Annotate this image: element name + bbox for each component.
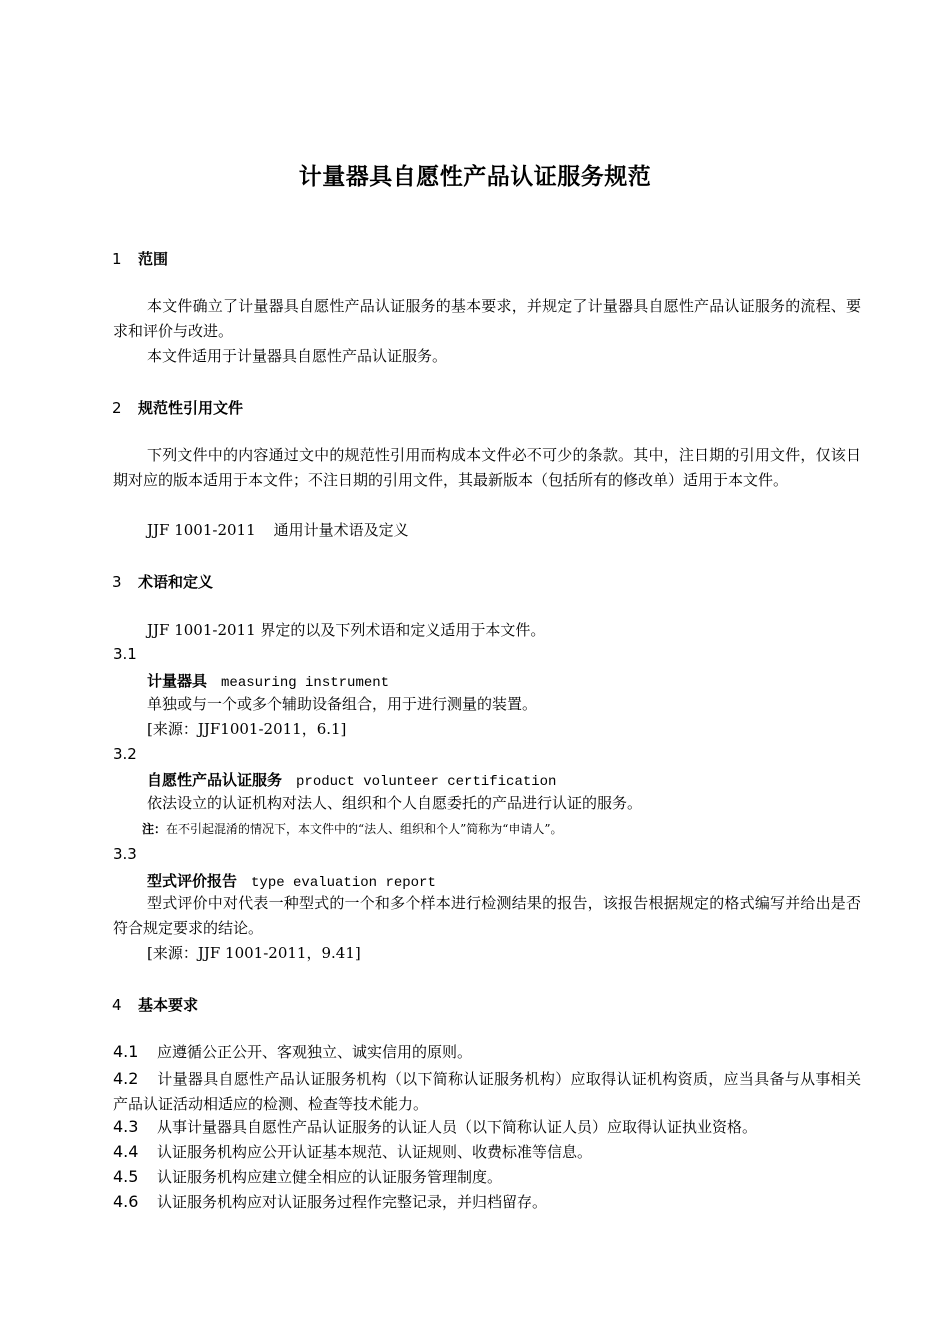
item-number: 4.5 xyxy=(113,1167,157,1186)
requirement-item: 4.3从事计量器具自愿性产品认证服务的认证人员（以下简称认证人员）应取得认证执业… xyxy=(113,1116,757,1137)
section-heading-scope: 1范围 xyxy=(112,248,168,269)
requirement-item: 4.4认证服务机构应公开认证基本规范、认证规则、收费标准等信息。 xyxy=(113,1141,592,1162)
term-en: product volunteer certification xyxy=(296,774,556,790)
paragraph: 本文件确立了计量器具自愿性产品认证服务的基本要求，并规定了计量器具自愿性产品认证… xyxy=(113,294,861,344)
item-text: 认证服务机构应对认证服务过程作完整记录，并归档留存。 xyxy=(157,1193,547,1211)
term-zh: 自愿性产品认证服务 xyxy=(147,771,282,789)
term-zh: 计量器具 xyxy=(147,672,207,690)
paragraph: 下列文件中的内容通过文中的规范性引用而构成本文件必不可少的条款。其中，注日期的引… xyxy=(113,443,861,493)
requirement-item: 4.5认证服务机构应建立健全相应的认证服务管理制度。 xyxy=(113,1166,502,1187)
term-heading: 型式评价报告type evaluation report xyxy=(147,870,436,891)
term-number: 3.2 xyxy=(113,745,137,763)
section-number: 4 xyxy=(112,996,138,1014)
section-number: 3 xyxy=(112,573,138,591)
requirement-item: 4.2计量器具自愿性产品认证服务机构（以下简称认证服务机构）应取得认证机构资质，… xyxy=(113,1066,861,1117)
item-number: 4.2 xyxy=(113,1066,157,1091)
term-en: measuring instrument xyxy=(221,675,389,691)
term-definition: 单独或与一个或多个辅助设备组合，用于进行测量的装置。 xyxy=(147,692,537,717)
section-number: 1 xyxy=(112,250,138,268)
term-number: 3.3 xyxy=(113,845,137,863)
item-number: 4.1 xyxy=(113,1042,157,1061)
section-heading-normative-references: 2规范性引用文件 xyxy=(112,397,243,418)
term-definition: 型式评价中对代表一种型式的一个和多个样本进行检测结果的报告，该报告根据规定的格式… xyxy=(113,891,861,941)
term-source: [来源：JJF 1001-2011，9.41] xyxy=(147,941,361,966)
item-number: 4.4 xyxy=(113,1142,157,1161)
document-title: 计量器具自愿性产品认证服务规范 xyxy=(0,158,950,191)
reference-title: 通用计量术语及定义 xyxy=(274,521,409,539)
section-title: 规范性引用文件 xyxy=(138,399,243,417)
item-number: 4.3 xyxy=(113,1117,157,1136)
term-number: 3.1 xyxy=(113,645,137,663)
section-heading-terms-definitions: 3术语和定义 xyxy=(112,571,213,592)
item-text: 认证服务机构应建立健全相应的认证服务管理制度。 xyxy=(157,1168,502,1186)
requirement-item: 4.6认证服务机构应对认证服务过程作完整记录，并归档留存。 xyxy=(113,1191,547,1212)
terms-intro: JJF 1001-2011 界定的以及下列术语和定义适用于本文件。 xyxy=(147,618,545,643)
term-en: type evaluation report xyxy=(251,875,436,891)
section-title: 范围 xyxy=(138,250,168,268)
item-text: 应遵循公正公开、客观独立、诚实信用的原则。 xyxy=(157,1043,472,1061)
section-heading-basic-requirements: 4基本要求 xyxy=(112,994,198,1015)
term-zh: 型式评价报告 xyxy=(147,872,237,890)
section-title: 术语和定义 xyxy=(138,573,213,591)
item-text: 从事计量器具自愿性产品认证服务的认证人员（以下简称认证人员）应取得认证执业资格。 xyxy=(157,1118,757,1136)
term-source: [来源：JJF1001-2011，6.1] xyxy=(147,717,346,742)
section-title: 基本要求 xyxy=(138,996,198,1014)
item-number: 4.6 xyxy=(113,1192,157,1211)
term-note: 注：在不引起混淆的情况下，本文件中的“法人、组织和个人”简称为“申请人”。 xyxy=(142,820,563,837)
term-heading: 计量器具measuring instrument xyxy=(147,670,389,691)
requirement-item: 4.1应遵循公正公开、客观独立、诚实信用的原则。 xyxy=(113,1041,472,1062)
item-text: 认证服务机构应公开认证基本规范、认证规则、收费标准等信息。 xyxy=(157,1143,592,1161)
note-label: 注： xyxy=(142,822,166,836)
reference-item: JJF 1001-2011通用计量术语及定义 xyxy=(147,518,409,543)
term-definition: 依法设立的认证机构对法人、组织和个人自愿委托的产品进行认证的服务。 xyxy=(147,791,642,816)
reference-code: JJF 1001-2011 xyxy=(147,521,256,539)
section-number: 2 xyxy=(112,399,138,417)
note-text: 在不引起混淆的情况下，本文件中的“法人、组织和个人”简称为“申请人”。 xyxy=(166,822,563,836)
paragraph: 本文件适用于计量器具自愿性产品认证服务。 xyxy=(113,344,861,369)
term-heading: 自愿性产品认证服务product volunteer certification xyxy=(147,769,556,790)
item-text: 计量器具自愿性产品认证服务机构（以下简称认证服务机构）应取得认证机构资质，应当具… xyxy=(113,1070,861,1113)
